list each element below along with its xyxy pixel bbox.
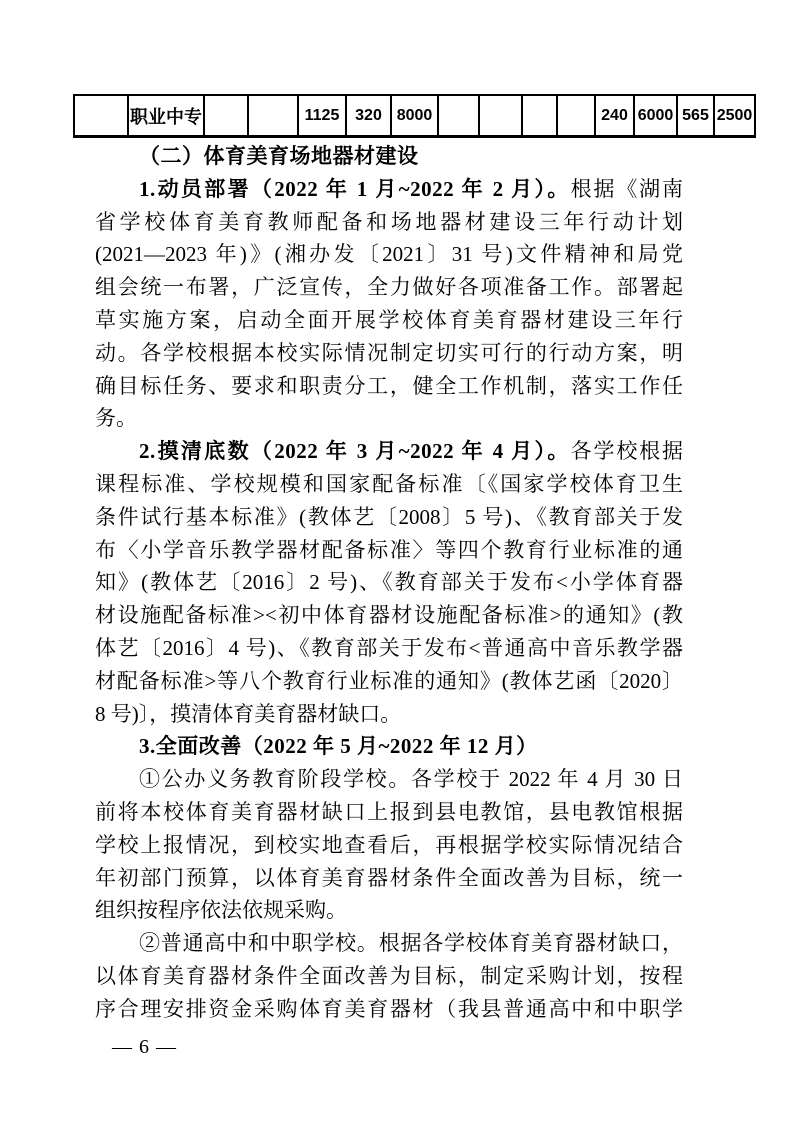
numbered-heading: 3.全面改善（2022 年 5 月~2022 年 12 月） — [95, 730, 683, 763]
body-text-segment: 务。 — [95, 406, 137, 430]
body-line: 课程标准、学校规模和国家配备标准〔《国家学校体育卫生 — [95, 468, 683, 501]
body-line: 前将本校体育美育器材缺口上报到县电教馆，县电教馆根据 — [95, 796, 683, 829]
table-cell-value: 240 — [595, 95, 634, 137]
body-line: 以体育美育器材条件全面改善为目标，制定采购计划，按程 — [95, 960, 683, 993]
body-text-segment: 组织按程序依法依规采购。 — [95, 898, 347, 922]
body-text-segment: ②普通高中和中职学校。根据各学校体育美育器材缺口， — [139, 931, 683, 955]
body-text-segment: 组会统一布署，广泛宣传，全力做好各项准备工作。部署起 — [95, 275, 683, 299]
body-text-segment: 体艺〔2016〕4 号)、《教育部关于发布<普通高中音乐教学器 — [95, 636, 683, 660]
body-line: 条件试行基本标准》(教体艺〔2008〕5 号)、《教育部关于发 — [95, 501, 683, 534]
body-line: 务。 — [95, 402, 683, 435]
heading-text: （二）体育美育场地器材建设 — [139, 144, 419, 168]
body-line: 知》(教体艺〔2016〕2 号)、《教育部关于发布<小学体育器 — [95, 566, 683, 599]
body-text-segment: 课程标准、学校规模和国家配备标准〔《国家学校体育卫生 — [95, 472, 683, 496]
body-line: ①公办义务教育阶段学校。各学校于 2022 年 4 月 30 日 — [95, 763, 683, 796]
body-text-segment: 前将本校体育美育器材缺口上报到县电教馆，县电教馆根据 — [95, 800, 683, 824]
table-cell-value: 1125 — [298, 95, 346, 137]
body-text-segment: 布〈小学音乐教学器材配备标准〉等四个教育行业标准的通 — [95, 538, 683, 562]
table-cell-value: 职业中专 — [128, 95, 204, 137]
table-cell-value: 320 — [346, 95, 391, 137]
body-line: ②普通高中和中职学校。根据各学校体育美育器材缺口， — [95, 927, 683, 960]
table-cell-value: 565 — [677, 95, 714, 137]
body-line: 8 号)〕，摸清体育美育器材缺口。 — [95, 698, 683, 731]
table-cell-empty — [438, 95, 479, 137]
document-page: 职业中专1125320800024060005652500 （二）体育美育场地器… — [0, 0, 793, 1122]
numbered-heading: 2.摸清底数（2022 年 3 月~2022 年 4 月）。各学校根据 — [95, 435, 683, 468]
body-text-segment: 省学校体育美育教师配备和场地器材建设三年行动计划 — [95, 210, 683, 234]
body-line: 材设施配备标准><初中体育器材设施配备标准>的通知》(教 — [95, 599, 683, 632]
table-cell-value: 6000 — [634, 95, 677, 137]
body-text-segment: 序合理安排资金采购体育美育器材（我县普通高中和中职学 — [95, 997, 683, 1021]
body-text-segment: 年初部门预算，以体育美育器材条件全面改善为目标，统一 — [95, 866, 683, 890]
body-line: 省学校体育美育教师配备和场地器材建设三年行动计划 — [95, 206, 683, 239]
body-line: 年初部门预算，以体育美育器材条件全面改善为目标，统一 — [95, 862, 683, 895]
body-line: (2021—2023 年)》(湘办发〔2021〕31 号)文件精神和局党 — [95, 238, 683, 271]
body-text-segment: 根据《湖南 — [571, 177, 683, 201]
page-number: — 6 — — [112, 1033, 177, 1061]
body-text-segment: 动。各学校根据本校实际情况制定切实可行的行动方案，明 — [95, 341, 683, 365]
table-cell-empty — [248, 95, 298, 137]
heading-text: 1.动员部署（2022 年 1 月~2022 年 2 月）。 — [139, 177, 571, 201]
heading-text: 2.摸清底数（2022 年 3 月~2022 年 4 月）。 — [139, 439, 571, 463]
table-cell-empty — [522, 95, 557, 137]
body-text-segment: 以体育美育器材条件全面改善为目标，制定采购计划，按程 — [95, 964, 683, 988]
table-cell-empty — [479, 95, 522, 137]
table-cell-empty — [557, 95, 595, 137]
body-text-segment: 8 号)〕，摸清体育美育器材缺口。 — [95, 702, 401, 726]
body-line: 材配备标准>等八个教育行业标准的通知》(教体艺函〔2020〕 — [95, 665, 683, 698]
body-text-segment: 学校上报情况，到校实地查看后，再根据学校实际情况结合 — [95, 833, 683, 857]
body-text-segment: 草实施方案，启动全面开展学校体育美育器材建设三年行 — [95, 308, 683, 332]
body-text-segment: 知》(教体艺〔2016〕2 号)、《教育部关于发布<小学体育器 — [95, 570, 683, 594]
body-line: 动。各学校根据本校实际情况制定切实可行的行动方案，明 — [95, 337, 683, 370]
body-line: 体艺〔2016〕4 号)、《教育部关于发布<普通高中音乐教学器 — [95, 632, 683, 665]
numbered-heading: 1.动员部署（2022 年 1 月~2022 年 2 月）。根据《湖南 — [95, 173, 683, 206]
body-line: 序合理安排资金采购体育美育器材（我县普通高中和中职学 — [95, 993, 683, 1026]
body-line: 草实施方案，启动全面开展学校体育美育器材建设三年行 — [95, 304, 683, 337]
body-line: 学校上报情况，到校实地查看后，再根据学校实际情况结合 — [95, 829, 683, 862]
body-line: 布〈小学音乐教学器材配备标准〉等四个教育行业标准的通 — [95, 534, 683, 567]
table-row: 职业中专1125320800024060005652500 — [74, 95, 755, 137]
document-body: （二）体育美育场地器材建设1.动员部署（2022 年 1 月~2022 年 2 … — [95, 140, 683, 1026]
body-text-segment: 各学校根据 — [571, 439, 683, 463]
table-cell-value: 2500 — [714, 95, 755, 137]
data-table: 职业中专1125320800024060005652500 — [73, 94, 756, 138]
body-text-segment: 材配备标准>等八个教育行业标准的通知》(教体艺函〔2020〕 — [95, 669, 683, 693]
body-line: 确目标任务、要求和职责分工，健全工作机制，落实工作任 — [95, 370, 683, 403]
heading-text: 3.全面改善（2022 年 5 月~2022 年 12 月） — [139, 734, 538, 758]
table-cell-empty — [74, 95, 128, 137]
body-line: 组会统一布署，广泛宣传，全力做好各项准备工作。部署起 — [95, 271, 683, 304]
body-line: 组织按程序依法依规采购。 — [95, 894, 683, 927]
table-cell-empty — [204, 95, 248, 137]
table-cell-value: 8000 — [391, 95, 438, 137]
body-text-segment: 材设施配备标准><初中体育器材设施配备标准>的通知》(教 — [95, 603, 683, 627]
section-heading: （二）体育美育场地器材建设 — [95, 140, 683, 173]
body-text-segment: 条件试行基本标准》(教体艺〔2008〕5 号)、《教育部关于发 — [95, 505, 683, 529]
body-text-segment: ①公办义务教育阶段学校。各学校于 2022 年 4 月 30 日 — [139, 767, 683, 791]
body-text-segment: 确目标任务、要求和职责分工，健全工作机制，落实工作任 — [95, 374, 683, 398]
body-text-segment: (2021—2023 年)》(湘办发〔2021〕31 号)文件精神和局党 — [95, 242, 683, 266]
